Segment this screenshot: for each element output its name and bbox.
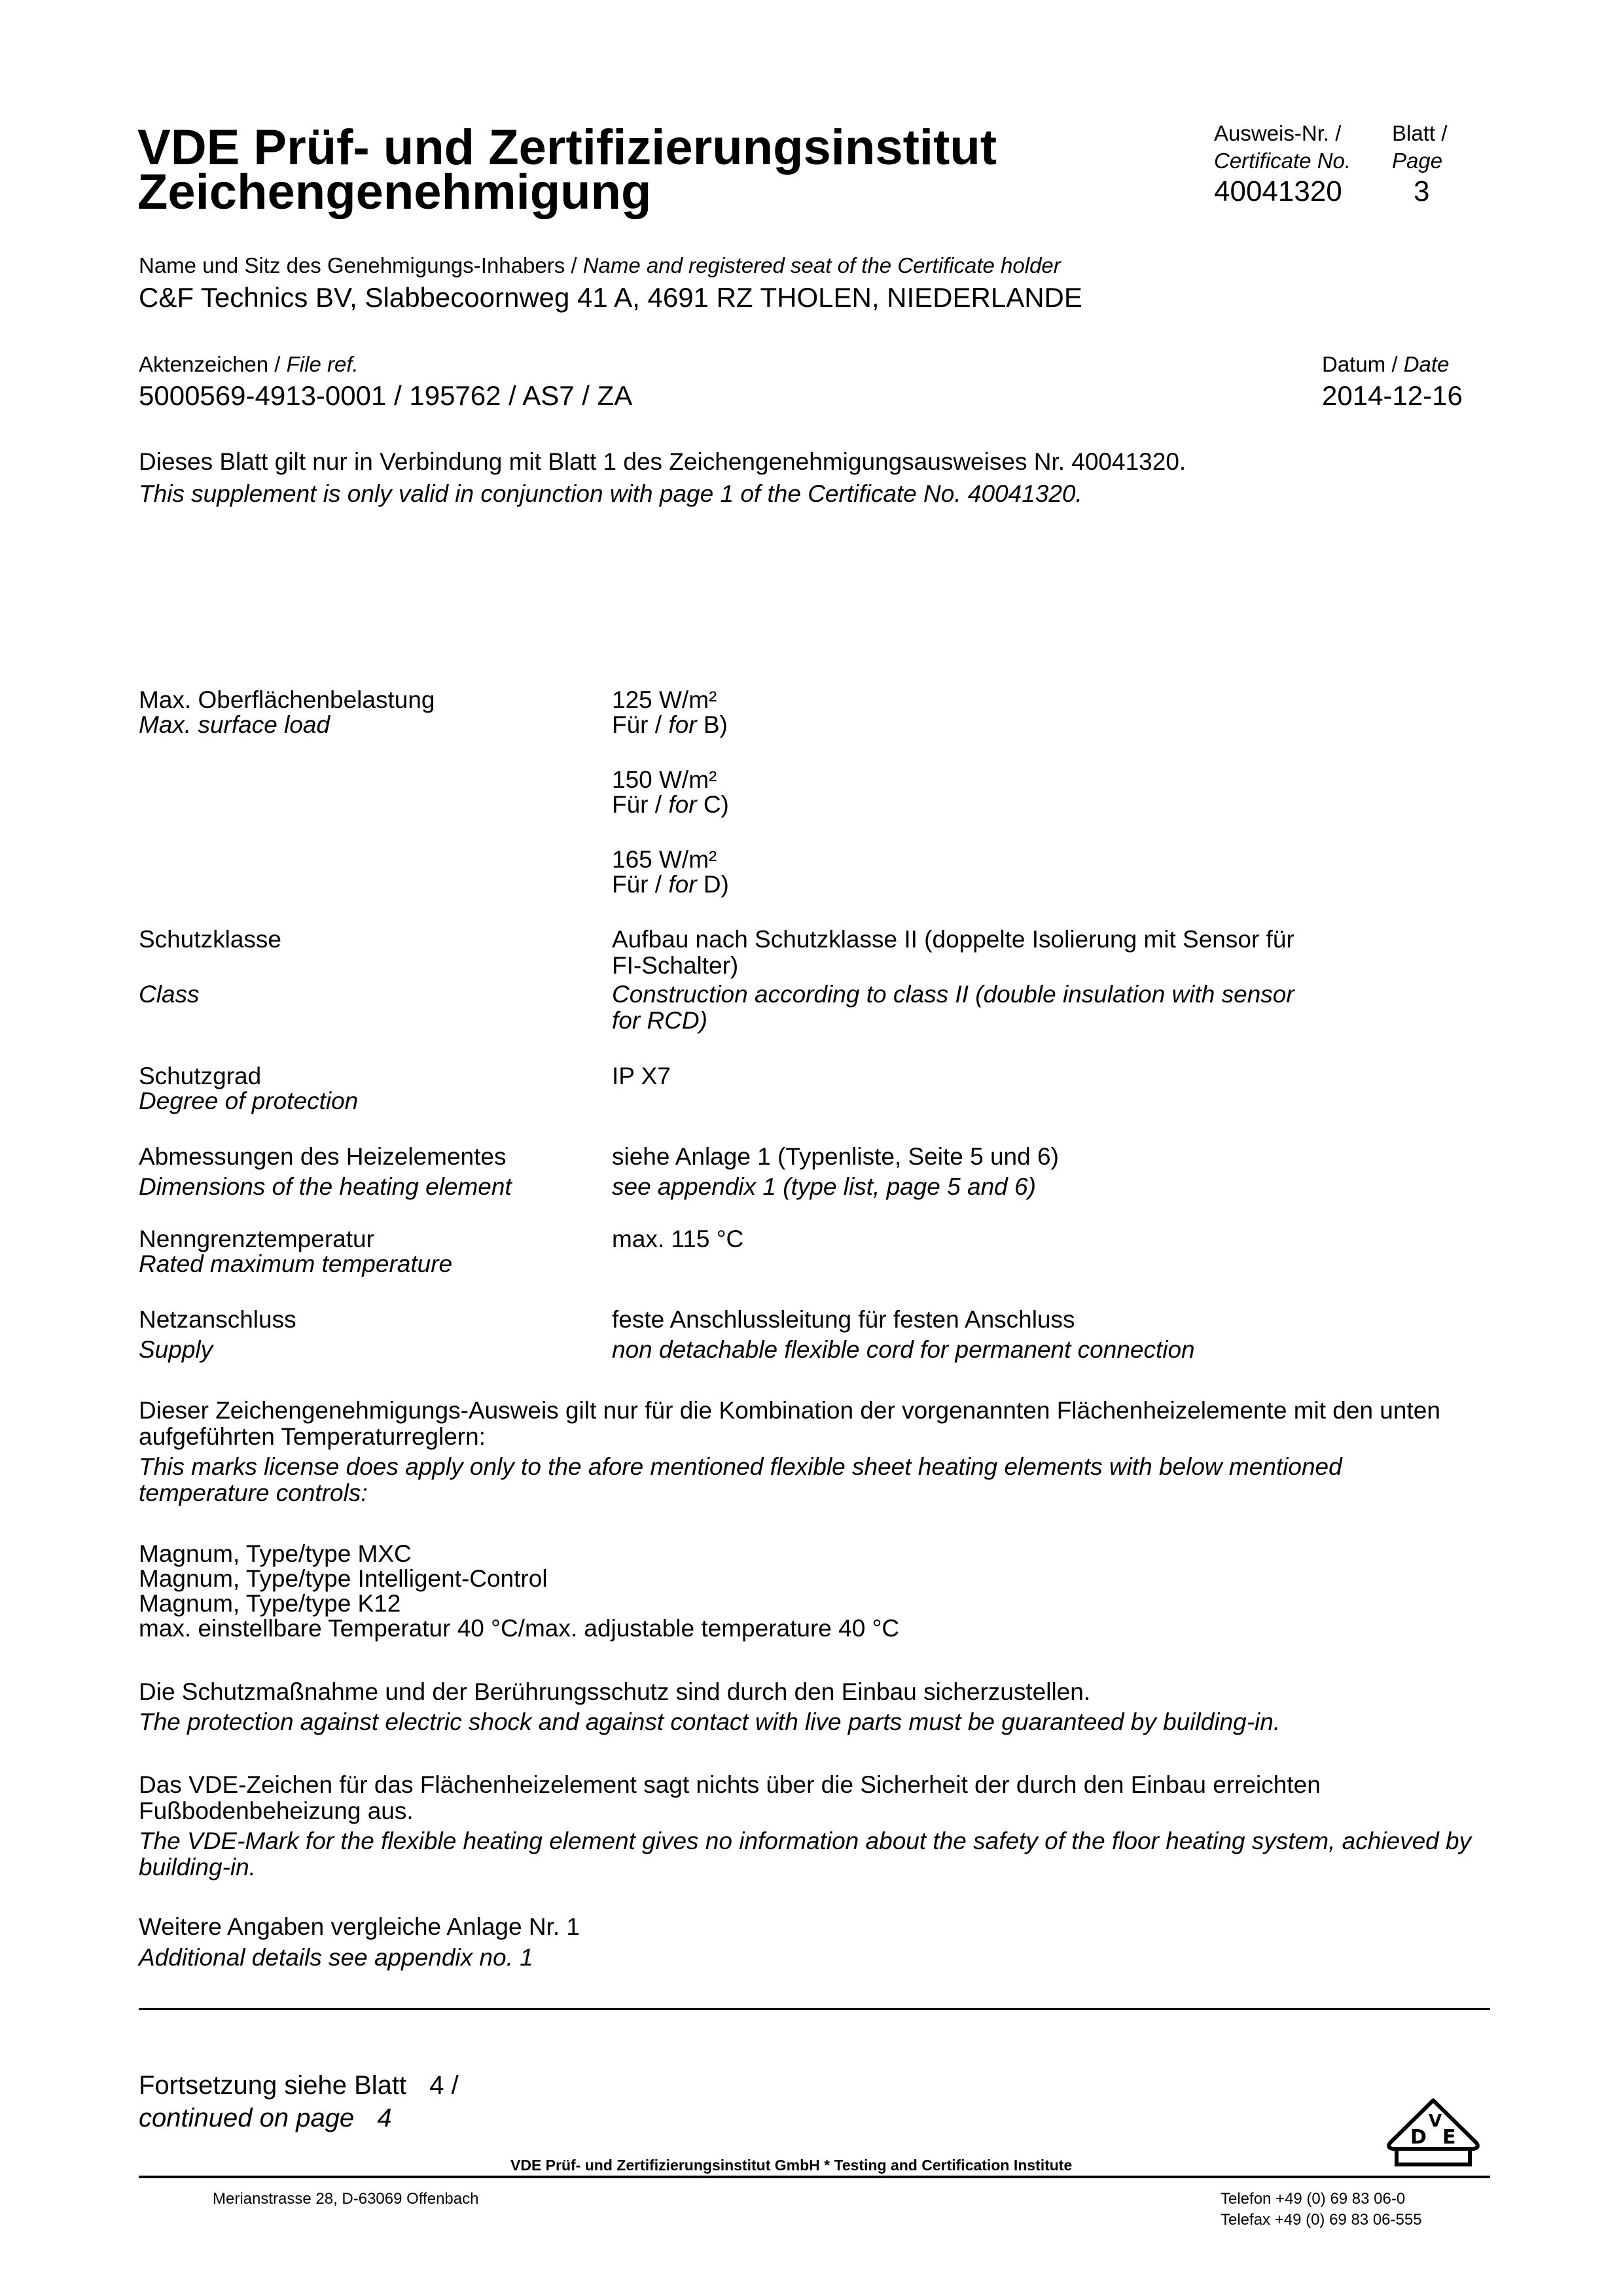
page-label-de: Blatt / — [1392, 120, 1447, 147]
for-label-en: for — [668, 871, 696, 898]
surface-load-label-de: Max. Oberflächenbelastung — [139, 687, 435, 713]
logo-letter-v: V — [1429, 2111, 1442, 2131]
supply-value-en: non detachable flexible cord for permane… — [612, 1337, 1195, 1363]
combination-note-de: Dieser Zeichengenehmigungs-Ausweis gilt … — [139, 1398, 1500, 1450]
page-label-en: Page — [1392, 147, 1442, 175]
divider — [139, 2008, 1490, 2010]
certificate-label-de: Ausweis-Nr. / — [1214, 120, 1341, 147]
date-value: 2014-12-16 — [1322, 380, 1463, 412]
holder-label-en: Name and registered seat of the Certific… — [583, 253, 1061, 277]
dimensions-label-de: Abmessungen des Heizelementes — [139, 1144, 507, 1170]
surface-load-for-c: Für / for C) — [612, 792, 729, 818]
file-ref-label: Aktenzeichen / File ref. — [139, 351, 359, 378]
continuation-en: continued on page 4 — [139, 2102, 392, 2134]
protection-note-de: Die Schutzmaßnahme und der Berührungssch… — [139, 1679, 1090, 1705]
protection-class-label-en: Class — [139, 981, 200, 1008]
for-label-en: for — [668, 791, 696, 818]
for-label-de: Für / — [612, 711, 662, 738]
combination-note-en: This marks license does apply only to th… — [139, 1454, 1461, 1506]
document-subtitle: Zeichengenehmigung — [137, 168, 651, 217]
rated-temp-value: max. 115 °C — [612, 1226, 743, 1252]
date-label-de: Datum / — [1322, 352, 1398, 376]
control-item: Magnum, Type/type Intelligent-Control — [139, 1566, 548, 1592]
supply-label-en: Supply — [139, 1337, 213, 1363]
surface-load-value-c: 150 W/m² — [612, 767, 717, 793]
variant-label: B) — [704, 711, 728, 738]
date-label-en: Date — [1404, 352, 1450, 376]
footer-address: Merianstrasse 28, D-63069 Offenbach — [213, 2189, 478, 2210]
footer-institute: VDE Prüf- und Zertifizierungsinstitut Gm… — [510, 2157, 1072, 2174]
variant-label: D) — [704, 871, 729, 898]
vde-logo-icon: D V E — [1381, 2094, 1486, 2172]
file-ref-label-de: Aktenzeichen / — [139, 352, 280, 376]
logo-letter-d: D — [1410, 2126, 1427, 2149]
continuation-de-page: 4 / — [429, 2071, 458, 2100]
protection-class-label-de: Schutzklasse — [139, 927, 281, 953]
footer-phone: Telefon +49 (0) 69 83 06-0 — [1221, 2189, 1405, 2210]
protection-class-value-de: Aufbau nach Schutzklasse II (doppelte Is… — [612, 927, 1325, 979]
rated-temp-label-en: Rated maximum temperature — [139, 1251, 452, 1277]
certificate-label-en: Certificate No. — [1214, 147, 1351, 175]
degree-value: IP X7 — [612, 1063, 671, 1089]
supply-value-de: feste Anschlussleitung für festen Anschl… — [612, 1307, 1075, 1333]
holder-label: Name und Sitz des Genehmigungs-Inhabers … — [139, 253, 1061, 279]
logo-letter-e: E — [1442, 2126, 1456, 2149]
dimensions-value-en: see appendix 1 (type list, page 5 and 6) — [612, 1174, 1036, 1200]
file-ref-label-en: File ref. — [287, 352, 359, 376]
footer-divider — [139, 2176, 1490, 2178]
file-ref-value: 5000569-4913-0001 / 195762 / AS7 / ZA — [139, 380, 632, 412]
vde-mark-note-en: The VDE-Mark for the flexible heating el… — [139, 1828, 1513, 1881]
for-label-en: for — [668, 711, 696, 738]
holder-label-de: Name und Sitz des Genehmigungs-Inhabers … — [139, 253, 577, 277]
surface-load-for-d: Für / for D) — [612, 872, 729, 898]
protection-class-value-en: Construction according to class II (doub… — [612, 981, 1325, 1034]
continuation-en-page: 4 — [377, 2104, 391, 2132]
surface-load-for-b: Für / for B) — [612, 712, 728, 738]
validity-note-en: This supplement is only valid in conjunc… — [139, 481, 1082, 507]
dimensions-value-de: siehe Anlage 1 (Typenliste, Seite 5 und … — [612, 1144, 1059, 1170]
footer-fax: Telefax +49 (0) 69 83 06-555 — [1221, 2210, 1422, 2231]
date-label: Datum / Date — [1322, 351, 1449, 378]
continuation-de-text: Fortsetzung siehe Blatt — [139, 2071, 406, 2100]
variant-label: C) — [704, 791, 729, 818]
page-number: 3 — [1414, 175, 1429, 208]
certificate-number: 40041320 — [1214, 175, 1342, 208]
control-item: Magnum, Type/type MXC — [139, 1541, 412, 1567]
continuation-de: Fortsetzung siehe Blatt 4 / — [139, 2069, 459, 2102]
holder-value: C&F Technics BV, Slabbecoornweg 41 A, 46… — [139, 281, 1082, 314]
control-item: Magnum, Type/type K12 — [139, 1591, 401, 1617]
protection-note-en: The protection against electric shock an… — [139, 1709, 1280, 1735]
rated-temp-label-de: Nenngrenztemperatur — [139, 1226, 374, 1252]
degree-label-de: Schutzgrad — [139, 1063, 261, 1089]
continuation-en-text: continued on page — [139, 2104, 354, 2132]
surface-load-value-b: 125 W/m² — [612, 687, 717, 713]
surface-load-label-en: Max. surface load — [139, 712, 330, 738]
vde-mark-note-de: Das VDE-Zeichen für das Flächenheizeleme… — [139, 1772, 1448, 1824]
control-item: max. einstellbare Temperatur 40 °C/max. … — [139, 1616, 899, 1642]
surface-load-value-d: 165 W/m² — [612, 847, 717, 873]
validity-note-de: Dieses Blatt gilt nur in Verbindung mit … — [139, 449, 1186, 475]
dimensions-label-en: Dimensions of the heating element — [139, 1174, 512, 1200]
additional-en: Additional details see appendix no. 1 — [139, 1945, 533, 1971]
supply-label-de: Netzanschluss — [139, 1307, 296, 1333]
additional-de: Weitere Angaben vergleiche Anlage Nr. 1 — [139, 1914, 580, 1940]
degree-label-en: Degree of protection — [139, 1088, 358, 1114]
for-label-de: Für / — [612, 871, 662, 898]
for-label-de: Für / — [612, 791, 662, 818]
